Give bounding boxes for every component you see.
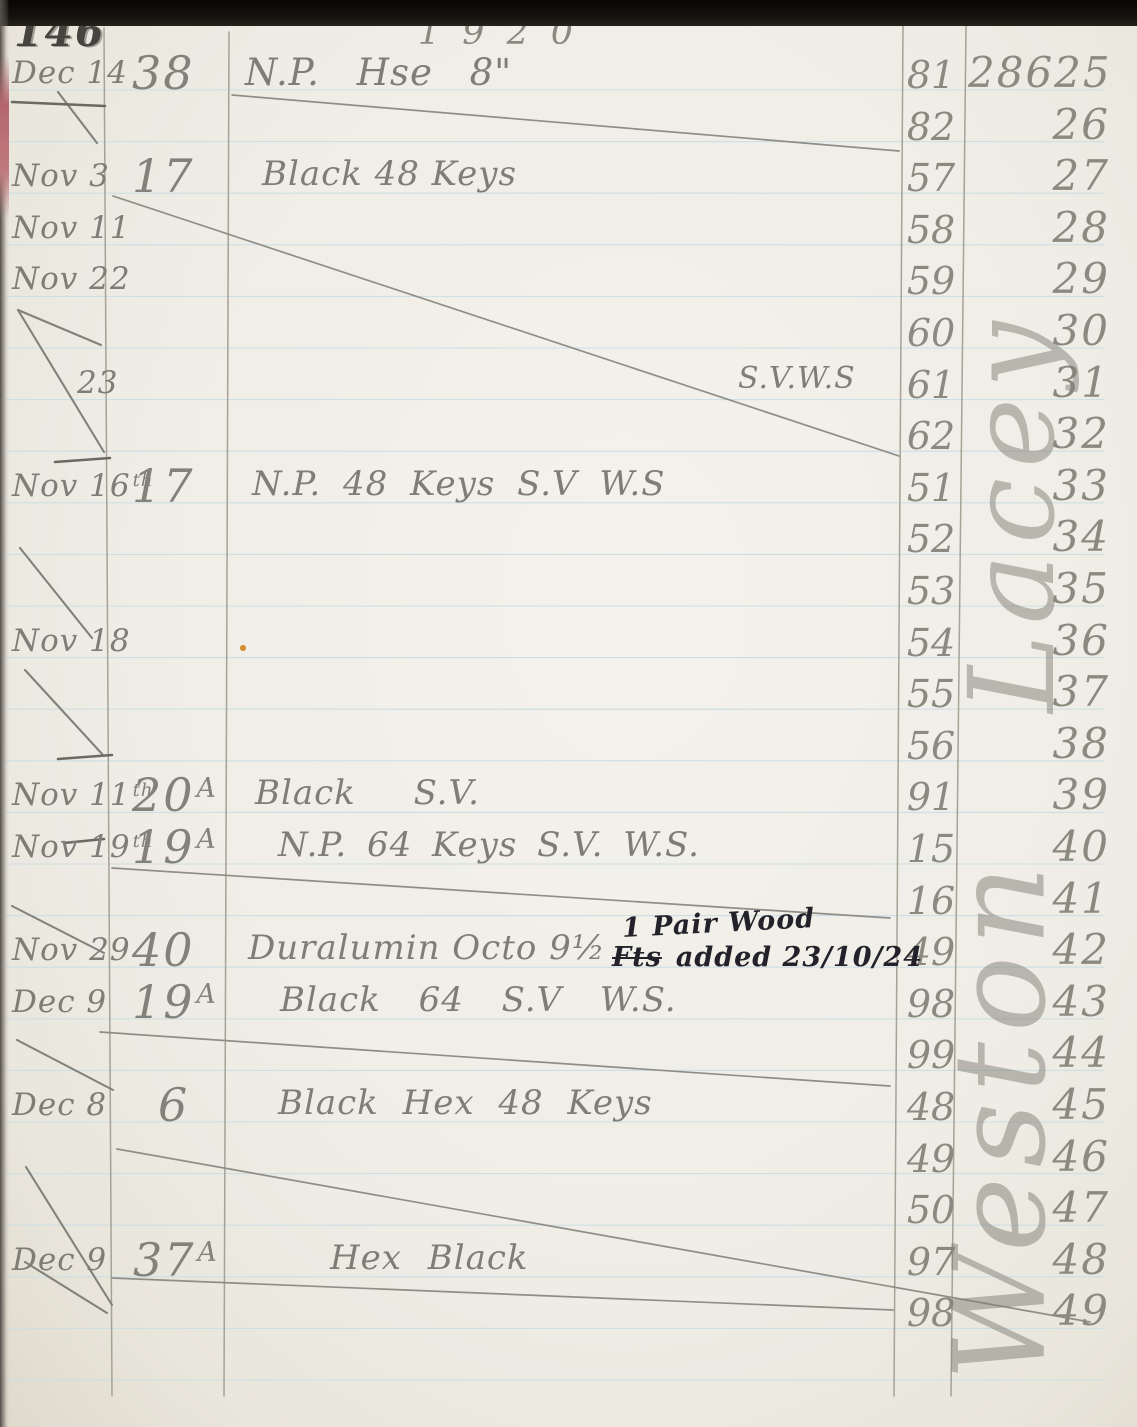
margin-tick-line xyxy=(17,1040,113,1090)
entry-desc-8: N.P. 48 Keys S.V W.S xyxy=(252,467,665,501)
stock-number-0: 81 xyxy=(900,56,962,94)
margin-tick-line xyxy=(18,310,101,345)
stock-number-3: 58 xyxy=(900,211,962,249)
date-underline xyxy=(55,458,110,462)
margin-tick-line xyxy=(58,92,97,143)
serial-number-13: 38 xyxy=(968,723,1122,765)
entry-desc-17: Duralumin Octo 9½ xyxy=(248,931,606,965)
entry-qty-20: 6 xyxy=(158,1082,189,1128)
page-top-border xyxy=(0,0,1137,26)
date-underline xyxy=(58,755,112,759)
entry-date-6: 23 xyxy=(77,368,118,399)
serial-number-3: 28 xyxy=(968,207,1122,249)
entry-date-17: Nov 29 xyxy=(12,935,131,966)
entry-desc-15: N.P. 64 Keys S.V. W.S. xyxy=(278,828,700,862)
entry-date-2: Nov 3 xyxy=(12,161,110,192)
entry-qty-0: 38 xyxy=(132,50,195,96)
ink-date-note: added 23/10/24 xyxy=(676,942,923,973)
entry-date-0: Dec 14 xyxy=(12,58,128,89)
entry-qty-8: 17 xyxy=(132,463,195,509)
serial-number-1: 26 xyxy=(968,104,1122,146)
serial-number-2: 27 xyxy=(968,155,1122,197)
entry-qty-14: 20A xyxy=(132,772,218,818)
column-rule xyxy=(224,32,229,1396)
margin-tick-line xyxy=(25,670,103,755)
strike-line xyxy=(232,95,899,151)
strike-line xyxy=(112,1278,893,1310)
entry-desc-6: S.V.W.S xyxy=(738,364,856,394)
entry-desc-2: Black 48 Keys xyxy=(262,157,517,191)
left-edge-red-smudge xyxy=(0,55,9,220)
entry-date-3: Nov 11 xyxy=(12,213,131,244)
entry-qty-2: 17 xyxy=(132,153,195,199)
entry-desc-23: Hex Black xyxy=(330,1241,529,1275)
entry-date-11: Nov 18 xyxy=(12,626,131,657)
entry-desc-18: Black 64 S.V W.S. xyxy=(280,983,677,1017)
stock-number-13: 56 xyxy=(900,727,962,765)
strike-line xyxy=(113,196,899,456)
qty-superscript: A xyxy=(197,824,218,855)
stock-number-14: 91 xyxy=(900,778,962,816)
entry-date-20: Dec 8 xyxy=(12,1090,107,1121)
paper-speck xyxy=(240,645,246,651)
ink-struck-word: Fts xyxy=(612,942,662,973)
book-edge-right xyxy=(1113,0,1137,1427)
margin-tick-line xyxy=(26,1167,112,1305)
entry-desc-0: N.P. Hse 8" xyxy=(245,54,512,91)
stock-number-4: 59 xyxy=(900,262,962,300)
strike-line xyxy=(100,1032,890,1086)
date-underline xyxy=(12,102,105,106)
ink-annotation-line2: Ftsadded 23/10/24 xyxy=(612,942,923,973)
serial-number-0: 28625 xyxy=(968,52,1122,94)
qty-superscript: A xyxy=(198,1237,219,1268)
vertical-script-lower: Weston xyxy=(927,855,1074,1381)
serial-number-4: 29 xyxy=(968,258,1122,300)
stock-number-2: 57 xyxy=(900,159,962,197)
entry-desc-20: Black Hex 48 Keys xyxy=(278,1086,653,1120)
vertical-script-upper: Lacey xyxy=(943,311,1081,712)
qty-superscript: A xyxy=(197,979,218,1010)
entry-date-23: Dec 9 xyxy=(12,1245,107,1276)
entry-qty-15: 19A xyxy=(132,824,218,870)
qty-superscript: A xyxy=(197,773,218,804)
serial-number-14: 39 xyxy=(968,774,1122,816)
entry-date-4: Nov 22 xyxy=(12,264,131,295)
entry-desc-14: Black S.V. xyxy=(255,776,480,810)
ledger-page: 146 1920 Dec 1438N.P. Hse 8"81286258226N… xyxy=(0,0,1137,1427)
entry-qty-17: 40 xyxy=(132,927,195,973)
stock-number-1: 82 xyxy=(900,108,962,146)
entry-date-18: Dec 9 xyxy=(12,987,107,1018)
entry-qty-18: 19A xyxy=(132,979,218,1025)
entry-qty-23: 37A xyxy=(133,1237,219,1283)
